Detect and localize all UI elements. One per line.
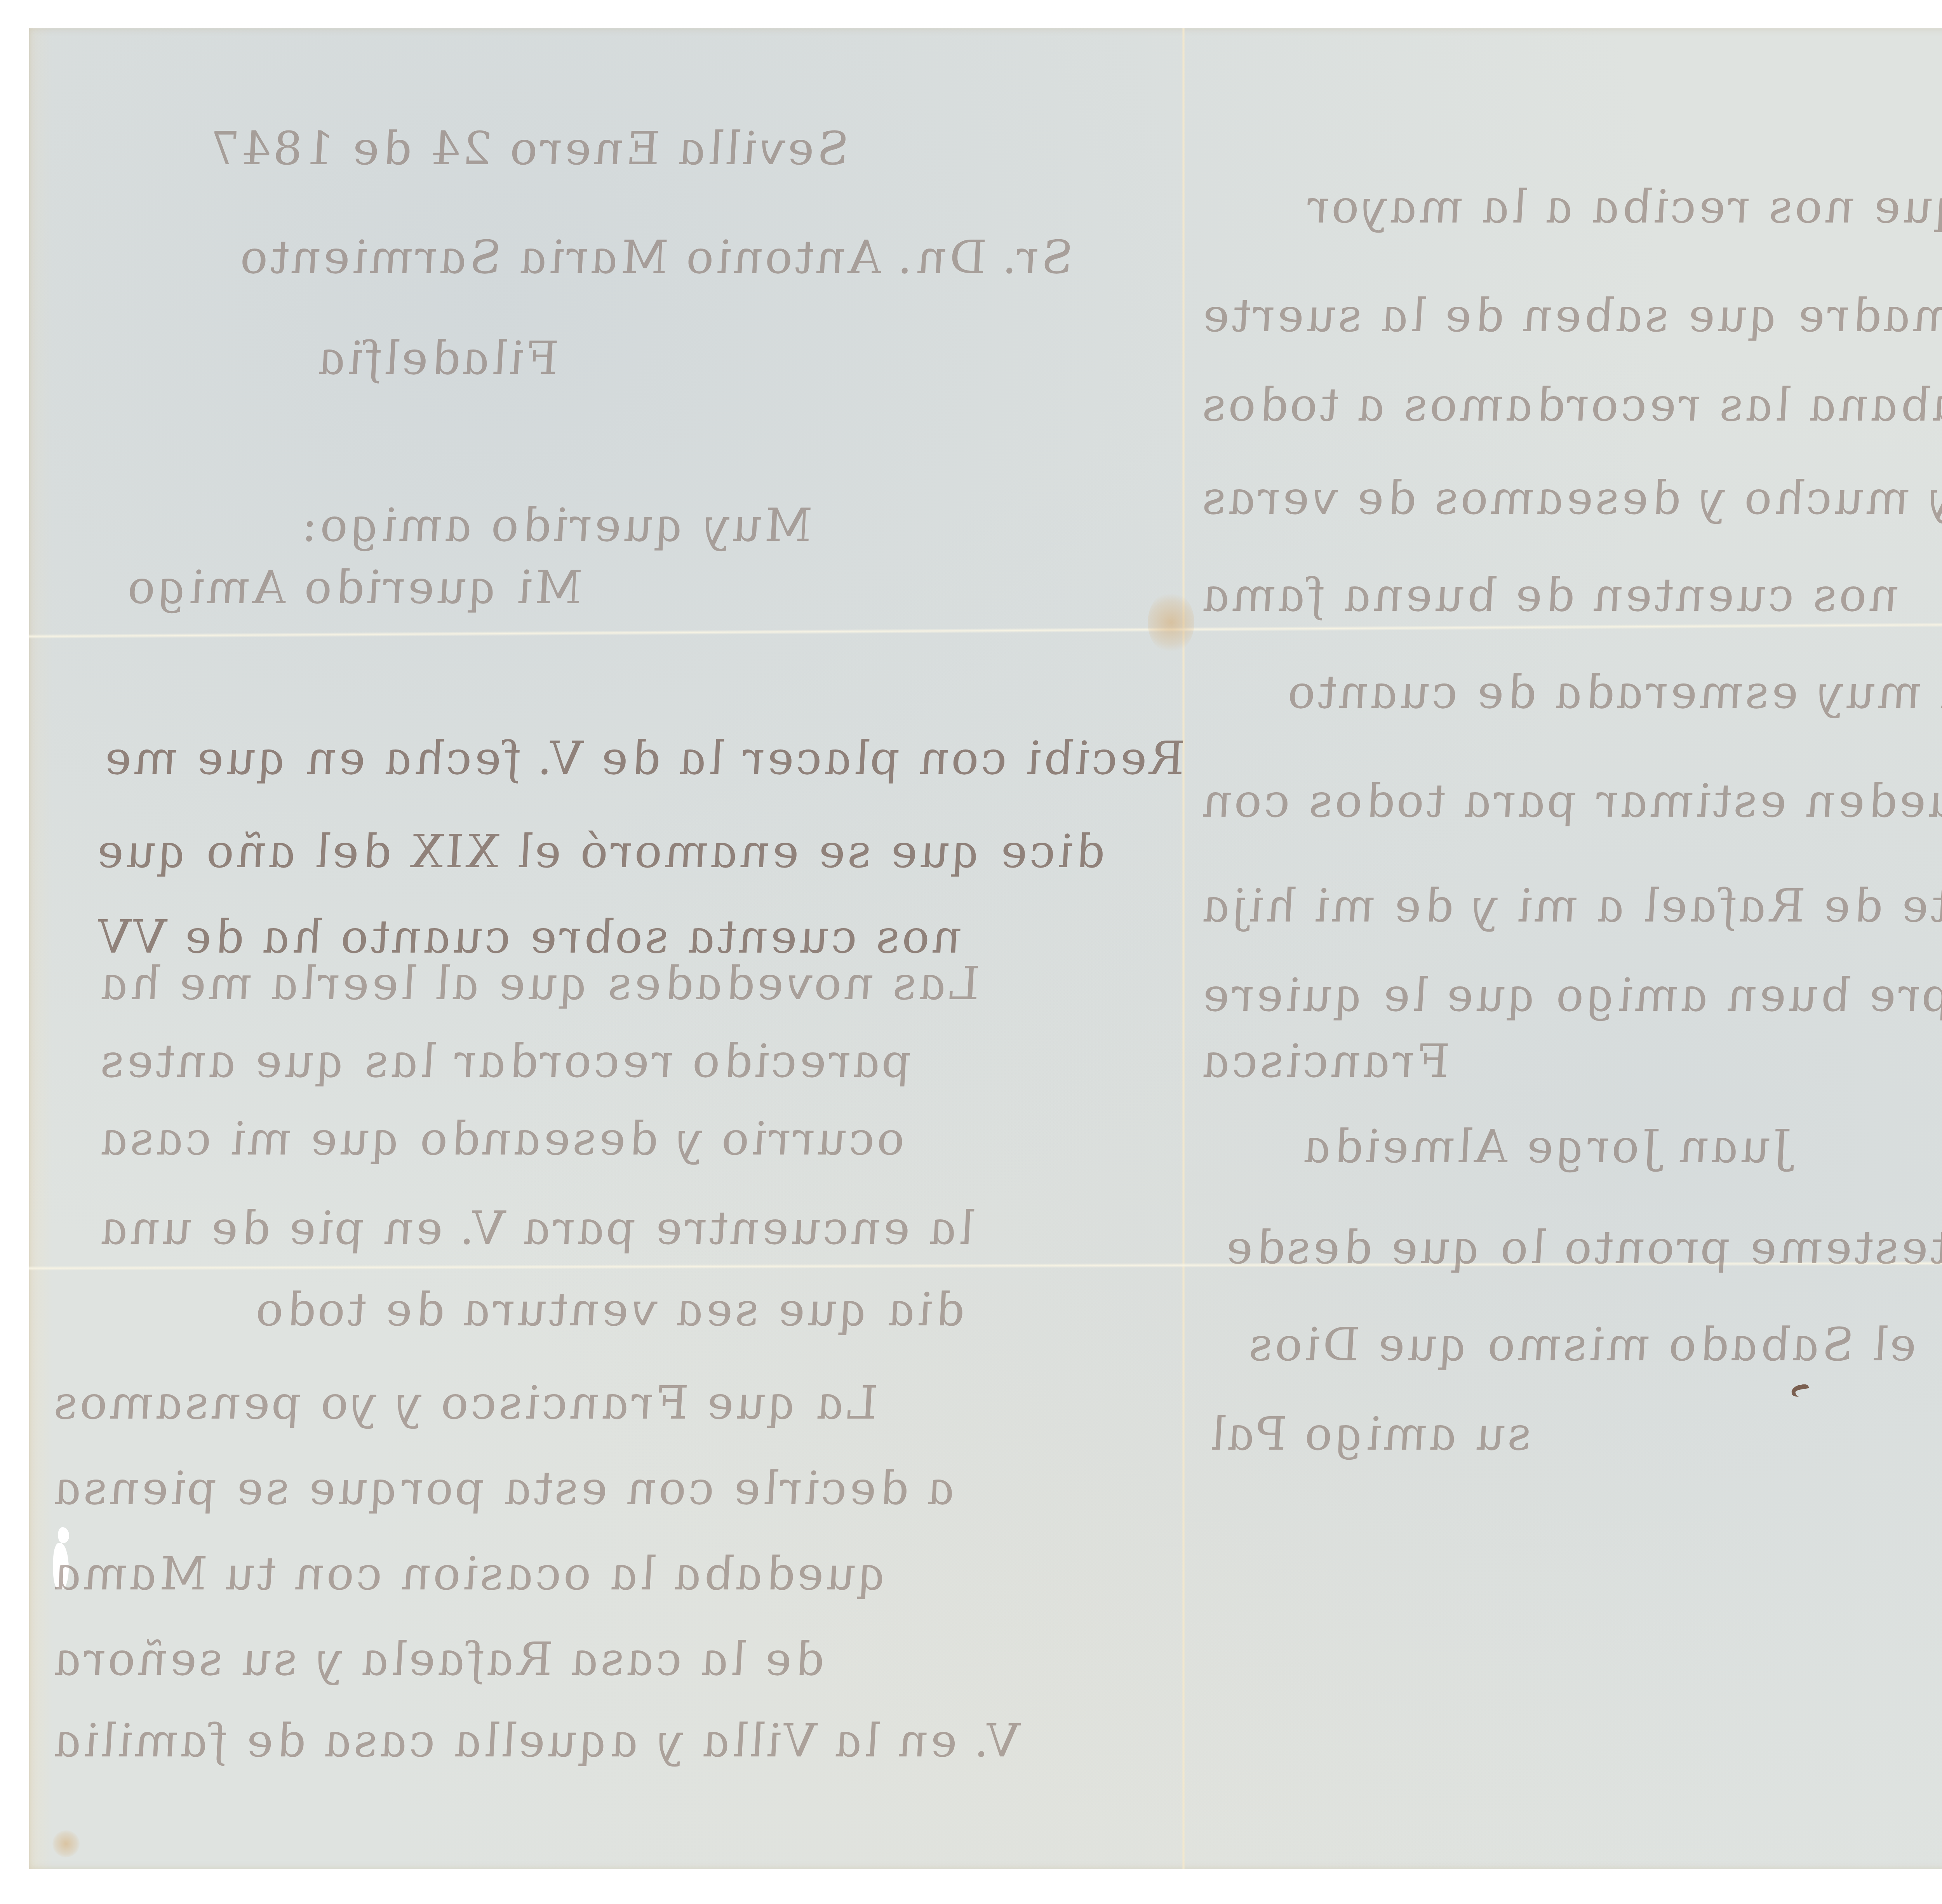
handwritten-line: Ella muy esmerada de cuanto: [1281, 669, 1942, 715]
handwritten-line: muy mucho y deseamos de veras: [1195, 475, 1942, 521]
handwritten-line: Mi querido Amigo: [120, 564, 588, 610]
right-text-column: porque nos reciba a la mayor y la madre …: [1185, 28, 1942, 1869]
handwritten-line: Sevilla Enero 24 de 1847: [202, 125, 854, 171]
handwritten-line: dia que sea ventura de todo: [249, 1287, 970, 1332]
vertical-fold-crease: [1182, 28, 1185, 1869]
handwritten-line: Filadelfia: [311, 335, 564, 381]
handwritten-line: V. en la Villa y aquella casa de familia: [47, 1718, 1025, 1763]
handwritten-line: Habana las recordamos a todos: [1195, 382, 1942, 428]
handwritten-line: P. Contesteme pronto lo que desde: [1218, 1224, 1942, 1270]
handwritten-line: Francisca: [1195, 1038, 1455, 1084]
handwritten-line: Las novedades que al leerla me ha: [93, 960, 985, 1006]
handwritten-line: pueden estimar para todos con: [1195, 778, 1942, 824]
handwritten-line: a decirle con esta porque se piensa: [47, 1465, 961, 1511]
handwritten-line: La que Francisco y yo pensamos: [47, 1380, 883, 1426]
left-text-column: Sevilla Enero 24 de 1847 Sr. Dn. Antonio…: [29, 28, 1182, 1869]
handwritten-line: y la madre que saben de la suerte: [1195, 292, 1942, 338]
handwritten-line: Sr. Dn. Antonio Maria Sarmiento: [233, 234, 1079, 280]
handwritten-line: nos cuenta sobre cuanto ha de VV: [89, 914, 968, 960]
handwritten-line: dice que se enamoró el XIX del año que: [89, 828, 1110, 874]
handwritten-line: Juan Jorge Almeida: [1296, 1123, 1798, 1169]
handwritten-line: de la casa Rafaela y su señora: [47, 1636, 830, 1682]
handwritten-line: y siempre buen amigo que le quiere: [1195, 972, 1942, 1018]
handwritten-line: Muy querido amigo:: [295, 502, 817, 548]
handwritten-line: Recibi con placer la de V. fecha en que …: [97, 735, 1190, 781]
handwritten-line: parecido recordar las que antes: [93, 1038, 918, 1084]
handwritten-line: el Sabado mismo que Dios: [1242, 1321, 1923, 1367]
letter-sheet: Sevilla Enero 24 de 1847 Sr. Dn. Antonio…: [29, 28, 1942, 1869]
handwritten-line: parte de Rafael a mi y de mi hija: [1195, 883, 1942, 929]
handwritten-line: la encuentre para V. en pie de una: [93, 1205, 980, 1251]
handwritten-line: nos cuenten de buena fama: [1195, 572, 1905, 618]
handwritten-line: quedaba la ocasion con tu Mama: [47, 1551, 894, 1596]
handwritten-line: su amigo Pal: [1203, 1411, 1538, 1457]
handwritten-line: porque nos reciba a la mayor: [1300, 184, 1942, 230]
handwritten-line: ocurrio y deseando que mi casa: [93, 1116, 911, 1162]
